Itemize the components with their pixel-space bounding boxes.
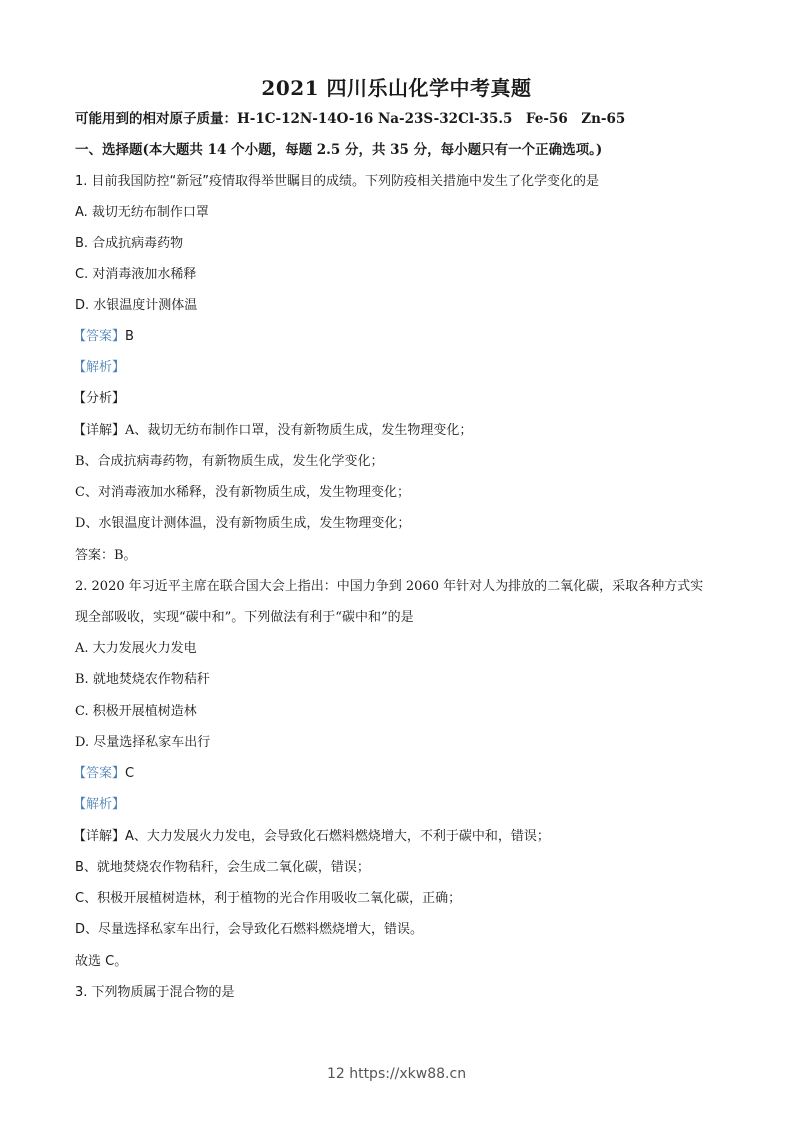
question-1-detail-a: 【详解】A、裁切无纺布制作口罩，没有新物质生成，发生物理变化；	[73, 422, 472, 440]
question-2-option-b: B. 就地焚烧农作物秸秆	[75, 671, 210, 689]
question-1-option-d: D. 水银温度计测体温	[75, 297, 197, 315]
question-1-detail-d: D、水银温度计测体温，没有新物质生成，发生物理变化；	[75, 515, 410, 533]
detail-label: 【详解】	[73, 423, 125, 438]
question-2-option-d: D. 尽量选择私家车出行	[75, 734, 210, 752]
answer-value: B	[125, 329, 134, 344]
question-1-answer: 【答案】B	[73, 328, 134, 346]
question-2-analysis-label: 【解析】	[73, 796, 125, 814]
question-1-option-a: A. 裁切无纺布制作口罩	[75, 204, 209, 222]
page-title: 2021 四川乐山化学中考真题	[0, 72, 793, 101]
answer-label: 【答案】	[73, 329, 125, 344]
detail-label: 【详解】	[73, 829, 125, 844]
question-1-option-c: C. 对消毒液加水稀释	[75, 266, 196, 284]
answer-value: C	[125, 766, 134, 781]
question-2-detail-c: C、积极开展植树造林，利于植物的光合作用吸收二氧化碳，正确；	[75, 890, 461, 908]
question-1-conclusion: 答案：B。	[75, 547, 137, 565]
question-2-option-a: A. 大力发展火力发电	[75, 640, 197, 658]
question-1-detail-b: B、合成抗病毒药物，有新物质生成，发生化学变化；	[75, 453, 384, 471]
answer-label: 【答案】	[73, 766, 125, 781]
question-2-detail-d: D、尽量选择私家车出行，会导致化石燃料燃烧增大，错误。	[75, 921, 423, 939]
question-1-option-b: B. 合成抗病毒药物	[75, 235, 183, 253]
question-2-option-c: C. 积极开展植树造林	[75, 703, 197, 721]
question-2-stem-line-1: 2. 2020 年习近平主席在联合国大会上指出：中国力争到 2060 年针对人为…	[75, 578, 703, 596]
question-2-detail-b: B、就地焚烧农作物秸秆，会生成二氧化碳，错误；	[75, 859, 370, 877]
question-3-stem: 3. 下列物质属于混合物的是	[75, 984, 235, 1002]
atomic-masses: 可能用到的相对原子质量：H-1C-12N-14O-16 Na-23S-32Cl-…	[75, 110, 625, 128]
question-2-conclusion: 故选 C。	[75, 953, 127, 971]
question-1-analysis-label: 【解析】	[73, 359, 125, 377]
question-1-detail-c: C、对消毒液加水稀释，没有新物质生成，发生物理变化；	[75, 484, 410, 502]
document-page: 2021 四川乐山化学中考真题 可能用到的相对原子质量：H-1C-12N-14O…	[0, 0, 793, 1122]
section-heading: 一、选择题(本大题共 14 个小题，每题 2.5 分，共 35 分，每小题只有一…	[75, 141, 602, 159]
question-2-detail-a: 【详解】A、大力发展火力发电，会导致化石燃料燃烧增大，不利于碳中和，错误；	[73, 828, 550, 846]
question-1-fenxi-label: 【分析】	[73, 390, 125, 408]
page-footer: 12 https://xkw88.cn	[0, 1066, 793, 1082]
question-1-stem: 1. 目前我国防控“新冠”疫情取得举世瞩目的成绩。下列防疫相关措施中发生了化学变…	[75, 173, 599, 191]
question-2-stem-line-2: 现全部吸收，实现“碳中和”。下列做法有利于“碳中和”的是	[75, 609, 414, 627]
question-2-answer: 【答案】C	[73, 765, 134, 783]
